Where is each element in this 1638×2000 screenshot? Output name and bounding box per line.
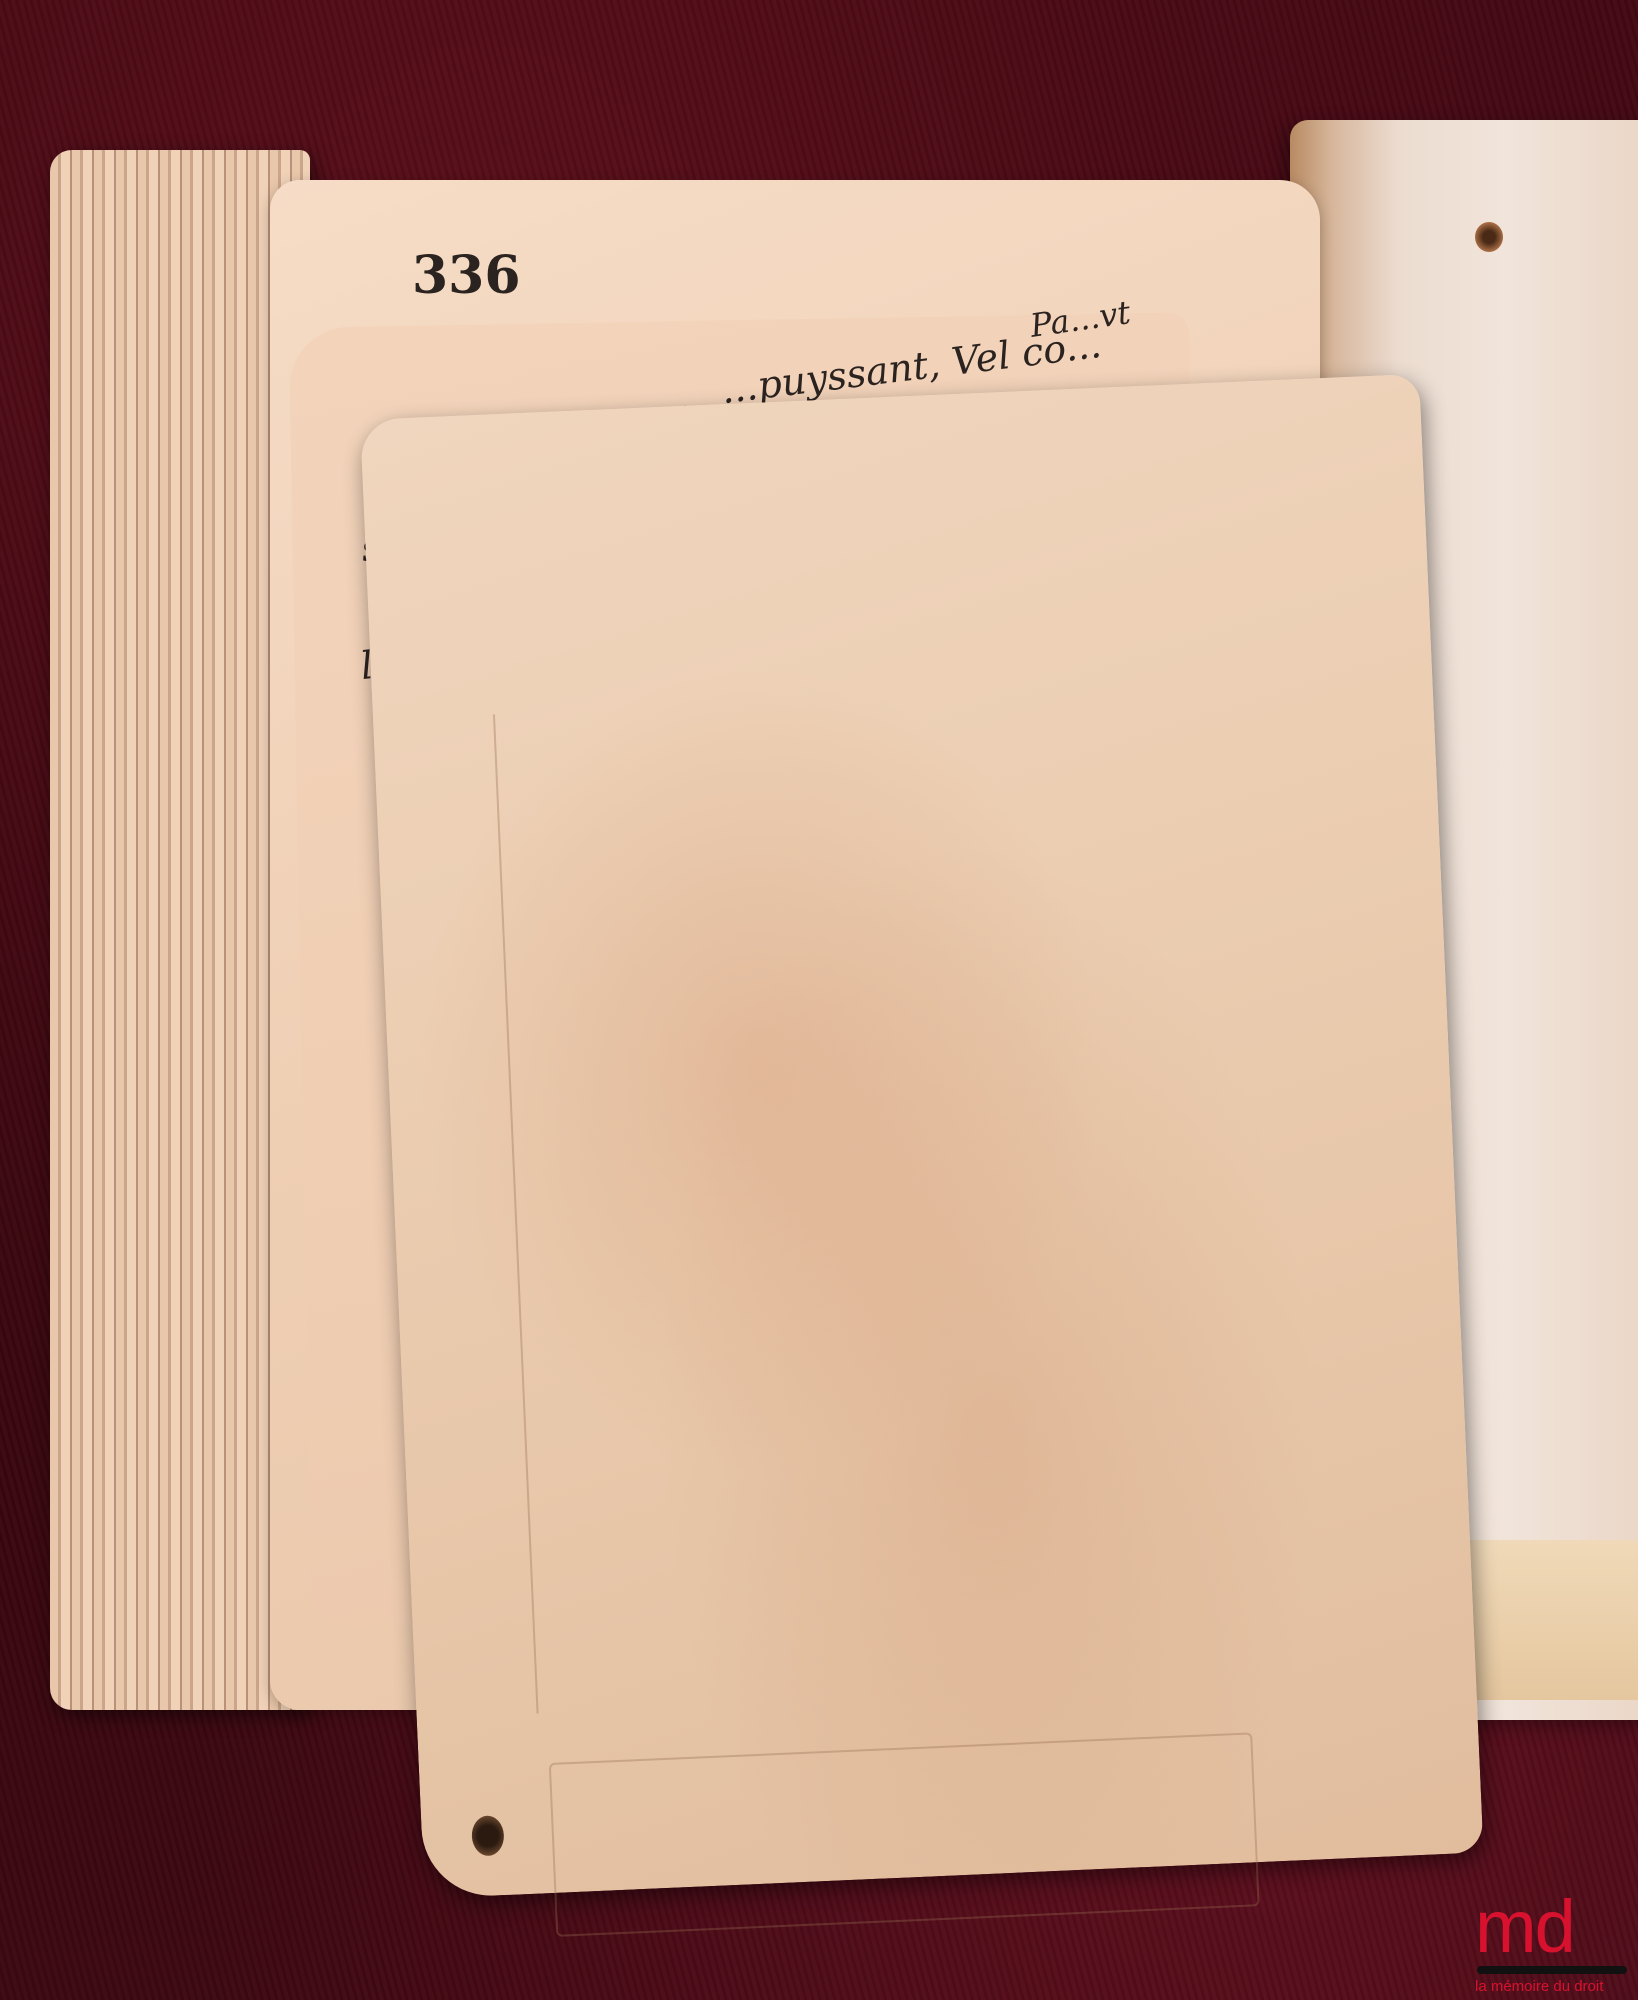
cover-tie-hole <box>1475 222 1503 252</box>
logo-mark: md <box>1475 1890 1638 1964</box>
paper-crease <box>493 714 539 1713</box>
watermark-logo: md la mémoire du droit <box>1475 1890 1638 2000</box>
burn-mark <box>471 1815 505 1856</box>
folded-flap <box>549 1732 1260 1937</box>
logo-tagline: la mémoire du droit <box>1475 1978 1638 1995</box>
page-number: 336 <box>412 245 521 306</box>
torn-front-leaf <box>360 374 1484 1899</box>
